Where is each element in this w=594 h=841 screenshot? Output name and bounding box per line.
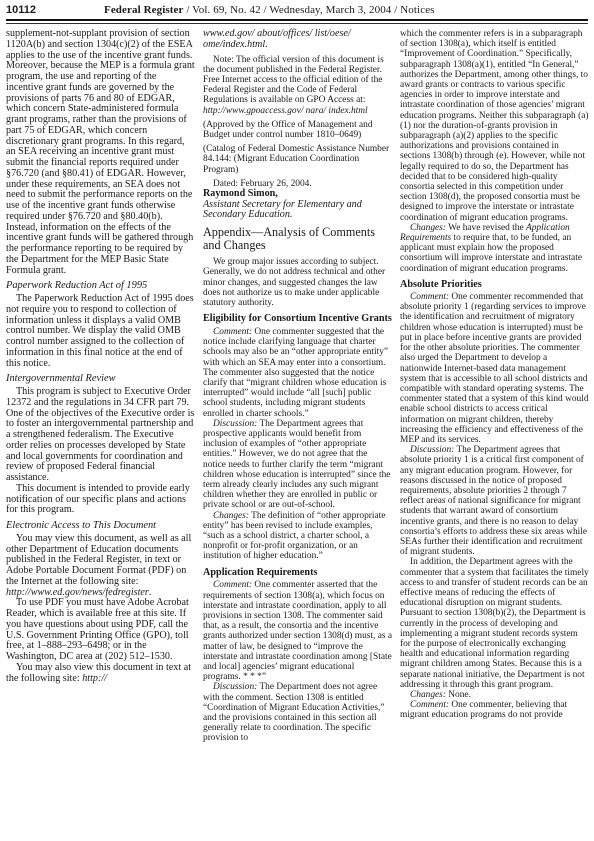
label-comment: Comment: [410,700,449,710]
header-rule-thick [6,19,588,21]
heading-absolute-priorities: Absolute Priorities [400,280,589,290]
heading-application-requirements: Application Requirements [203,568,392,579]
paragraph: You may view this document, as well as a… [6,534,195,599]
paragraph: Comment: One commenter suggested that th… [203,327,392,419]
page-header: 10112 Federal Register / Vol. 69, No. 42… [6,4,588,18]
text: None. [446,690,471,700]
label-comment: Comment: [213,580,252,590]
paragraph: Changes: The definition of “other approp… [203,511,392,562]
paragraph: Discussion: The Department agrees that a… [400,445,589,557]
paragraph: Changes: None. [400,690,589,700]
text: We have revised the [446,223,526,233]
paragraph: You may also view this document in text … [6,663,195,685]
paragraph: Changes: We have revised the Application… [400,223,589,274]
label-discussion: Discussion: [213,419,257,429]
heading-electronic-access: Electronic Access to This Document [6,521,195,532]
text: You may view this document, as well as a… [6,533,191,587]
text: The Department agrees that prospective a… [203,419,390,511]
heading-paperwork-reduction-act: Paperwork Reduction Act of 1995 [6,281,195,292]
text: One commenter recommended that absolute … [400,292,589,445]
paragraph: We group major issues according to subje… [203,257,392,308]
gpoaccess-link[interactable]: http://www.gpoaccess.gov/ nara/ index.ht… [203,106,368,116]
column-3: which the commenter refers is in a subpa… [400,29,589,744]
text: . [149,587,152,598]
paragraph: which the commenter refers is in a subpa… [400,29,589,223]
label-comment: Comment: [410,292,449,302]
publication-name: Federal Register [104,4,183,16]
paragraph: Discussion: The Department agrees that p… [203,419,392,511]
paragraph: Comment: One commenter asserted that the… [203,580,392,682]
issue-info: / Vol. 69, No. 42 / Wednesday, March 3, … [183,4,434,16]
paragraph: Discussion: The Department does not agre… [203,682,392,743]
label-discussion: Discussion: [213,682,257,692]
running-head: Federal Register / Vol. 69, No. 42 / Wed… [104,4,435,16]
paragraph: To use PDF you must have Adobe Acrobat R… [6,598,195,663]
paragraph: This document is intended to provide ear… [6,484,195,516]
label-changes: Changes: [410,223,446,233]
ome-link[interactable]: www.ed.gov/ about/offices/ list/oese/ om… [203,28,351,50]
note-paragraph: Note: The official version of this docum… [203,55,392,116]
paragraph: In addition, the Department agrees with … [400,557,589,690]
label-comment: Comment: [213,327,252,337]
text: One commenter suggested that the notice … [203,327,388,419]
label-changes: Changes: [410,690,446,700]
heading-intergovernmental-review: Intergovernmental Review [6,374,195,385]
paragraph: supplement-not-supplant provision of sec… [6,29,195,276]
heading-eligibility: Eligibility for Consortium Incentive Gra… [203,314,392,325]
text: Note: The official version of this docum… [203,55,384,106]
signer-title: Assistant Secretary for Elementary and S… [203,200,392,222]
appendix-title: Appendix—Analysis of Comments and Change… [203,226,392,252]
label-changes: Changes: [213,511,249,521]
column-2: www.ed.gov/ about/offices/ list/oese/ om… [203,29,392,744]
fedregister-link[interactable]: http://www.ed.gov/news/fedregister [6,587,149,598]
paragraph: Comment: One commenter recommended that … [400,292,589,445]
paragraph: Comment: One commenter, believing that m… [400,700,589,720]
label-discussion: Discussion: [410,445,454,455]
paragraph: The Paperwork Reduction Act of 1995 does… [6,294,195,369]
catalog-number: (Catalog of Federal Domestic Assistance … [203,144,392,175]
text: One commenter asserted that the requirem… [203,580,392,682]
paragraph: www.ed.gov/ about/offices/ list/oese/ om… [203,29,392,51]
omb-approval: (Approved by the Office of Management an… [203,120,392,140]
page-number: 10112 [6,4,36,16]
ome-link-start[interactable]: http:// [82,673,107,684]
text: . [265,39,268,50]
text-columns: supplement-not-supplant provision of sec… [6,29,590,744]
column-1: supplement-not-supplant provision of sec… [6,29,195,744]
text: The Department agrees that absolute prio… [400,445,587,557]
paragraph: This program is subject to Executive Ord… [6,387,195,484]
header-rule-thin [6,23,588,24]
